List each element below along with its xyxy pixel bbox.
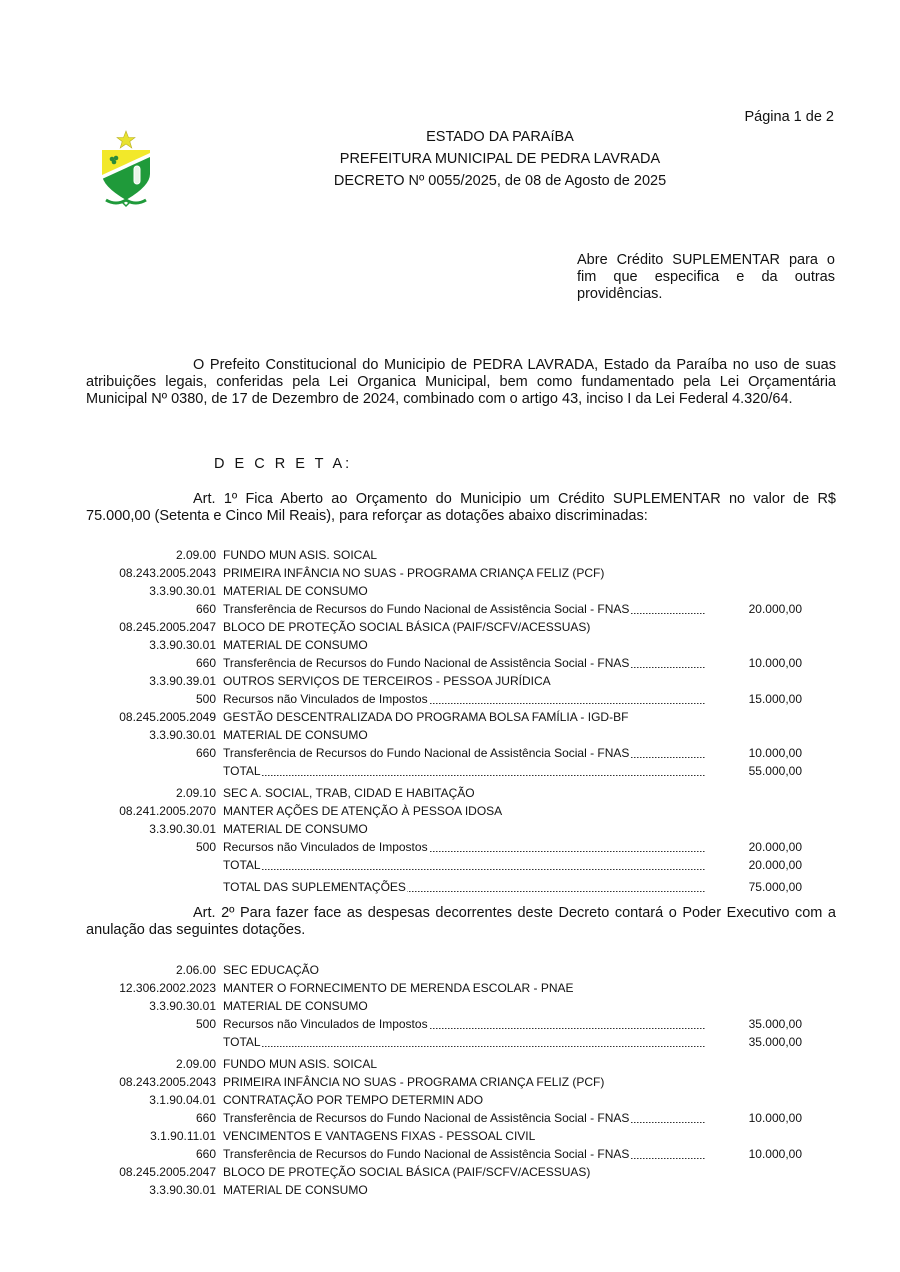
table-row: 3.3.90.30.01MATERIAL DE CONSUMO [0,997,900,1015]
municipal-crest-icon [98,130,154,208]
table-row: 2.09.10SEC A. SOCIAL, TRAB, CIDAD E HABI… [0,784,900,802]
allocation-description: VENCIMENTOS E VANTAGENS FIXAS - PESSOAL … [223,1127,535,1145]
allocation-description: TOTAL DAS SUPLEMENTAÇÕES [223,878,706,896]
allocation-code: 500 [196,1015,216,1033]
allocation-code: 08.243.2005.2043 [119,564,216,582]
allocation-code: 3.3.90.30.01 [149,582,216,600]
table-row: 660Transferência de Recursos do Fundo Na… [0,1109,900,1127]
allocation-code: 3.3.90.30.01 [149,1181,216,1199]
allocation-code: 660 [196,654,216,672]
allocation-code: 08.241.2005.2070 [119,802,216,820]
article-2: Art. 2º Para fazer face as despesas deco… [86,905,836,939]
decree-summary: Abre Crédito SUPLEMENTAR para o fim que … [577,252,835,303]
allocation-amount: 35.000,00 [749,1033,802,1051]
allocation-description: Transferência de Recursos do Fundo Nacio… [223,744,706,762]
table-row: 660Transferência de Recursos do Fundo Na… [0,744,900,762]
allocation-amount: 10.000,00 [749,654,802,672]
table-row: 08.241.2005.2070MANTER AÇÕES DE ATENÇÃO … [0,802,900,820]
allocation-description: TOTAL [223,762,706,780]
table-row: 12.306.2002.2023MANTER O FORNECIMENTO DE… [0,979,900,997]
allocation-description: Transferência de Recursos do Fundo Nacio… [223,654,706,672]
allocation-code: 500 [196,690,216,708]
allocation-description: Transferência de Recursos do Fundo Nacio… [223,600,706,618]
allocation-label: Transferência de Recursos do Fundo Nacio… [223,1147,630,1161]
allocation-code: 660 [196,744,216,762]
allocation-description: SEC EDUCAÇÃO [223,961,319,979]
allocation-code: 3.1.90.11.01 [150,1127,216,1145]
table-row: 3.1.90.04.01CONTRATAÇÃO POR TEMPO DETERM… [0,1091,900,1109]
allocation-description: Recursos não Vinculados de Impostos [223,690,706,708]
allocation-description: MATERIAL DE CONSUMO [223,820,368,838]
allocation-description: Recursos não Vinculados de Impostos [223,838,706,856]
table-row: 2.09.00FUNDO MUN ASIS. SOICAL [0,546,900,564]
allocation-code: 660 [196,600,216,618]
allocation-description: MATERIAL DE CONSUMO [223,1181,368,1199]
article-1-text: Art. 1º Fica Aberto ao Orçamento do Muni… [86,491,836,524]
allocation-amount: 35.000,00 [749,1015,802,1033]
allocation-code: 500 [196,838,216,856]
allocation-description: TOTAL [223,856,706,874]
allocation-code: 2.09.00 [176,1055,216,1073]
allocation-code: 08.243.2005.2043 [119,1073,216,1091]
allocation-description: MATERIAL DE CONSUMO [223,997,368,1015]
dotted-leader [223,1046,706,1047]
allocation-amount: 20.000,00 [749,856,802,874]
allocation-description: MANTER AÇÕES DE ATENÇÃO À PESSOA IDOSA [223,802,502,820]
allocation-amount: 10.000,00 [749,744,802,762]
allocation-description: MATERIAL DE CONSUMO [223,636,368,654]
allocation-description: CONTRATAÇÃO POR TEMPO DETERMIN ADO [223,1091,483,1109]
allocation-label: TOTAL [223,858,262,872]
allocation-amount: 20.000,00 [749,600,802,618]
allocation-code: 08.245.2005.2047 [119,1163,216,1181]
allocation-description: MANTER O FORNECIMENTO DE MERENDA ESCOLAR… [223,979,574,997]
allocation-label: Transferência de Recursos do Fundo Nacio… [223,1111,630,1125]
allocation-code: 08.245.2005.2047 [119,618,216,636]
table-row: 08.245.2005.2049GESTÃO DESCENTRALIZADA D… [0,708,900,726]
table-row: TOTAL 20.000,00 [0,856,900,874]
table-row: 08.243.2005.2043PRIMEIRA INFÂNCIA NO SUA… [0,564,900,582]
table-row: TOTAL DAS SUPLEMENTAÇÕES 75.000,00 [0,878,900,896]
allocation-code: 2.09.10 [176,784,216,802]
municipality-name: PREFEITURA MUNICIPAL DE PEDRA LAVRADA [280,148,720,170]
table-row: 660Transferência de Recursos do Fundo Na… [0,654,900,672]
table-row: 3.1.90.11.01VENCIMENTOS E VANTAGENS FIXA… [0,1127,900,1145]
allocation-description: TOTAL [223,1033,706,1051]
allocation-description: PRIMEIRA INFÂNCIA NO SUAS - PROGRAMA CRI… [223,564,604,582]
allocation-label: Transferência de Recursos do Fundo Nacio… [223,602,630,616]
allocation-label: Recursos não Vinculados de Impostos [223,840,429,854]
article-2-text: Art. 2º Para fazer face as despesas deco… [86,905,836,938]
allocation-amount: 55.000,00 [749,762,802,780]
decreta-heading: D E C R E T A: [214,456,352,472]
allocation-description: FUNDO MUN ASIS. SOICAL [223,546,377,564]
table-row: 660Transferência de Recursos do Fundo Na… [0,1145,900,1163]
dotted-leader [223,775,706,776]
allocation-description: OUTROS SERVIÇOS DE TERCEIROS - PESSOA JU… [223,672,551,690]
allocation-code: 660 [196,1109,216,1127]
preamble-paragraph: O Prefeito Constitucional do Municipio d… [86,357,836,408]
allocation-label: Transferência de Recursos do Fundo Nacio… [223,746,630,760]
allocation-label: TOTAL [223,764,262,778]
decree-title: DECRETO Nº 0055/2025, de 08 de Agosto de… [280,170,720,192]
allocation-amount: 75.000,00 [749,878,802,896]
table-row: 3.3.90.30.01MATERIAL DE CONSUMO [0,582,900,600]
allocation-code: 08.245.2005.2049 [119,708,216,726]
allocation-amount: 10.000,00 [749,1109,802,1127]
allocation-description: FUNDO MUN ASIS. SOICAL [223,1055,377,1073]
table-row: TOTAL 35.000,00 [0,1033,900,1051]
allocation-description: BLOCO DE PROTEÇÃO SOCIAL BÁSICA (PAIF/SC… [223,1163,590,1181]
allocation-amount: 10.000,00 [749,1145,802,1163]
dotted-leader [223,869,706,870]
allocation-code: 3.3.90.30.01 [149,820,216,838]
page-indicator: Página 1 de 2 [745,109,835,125]
state-name: ESTADO DA PARAíBA [280,126,720,148]
allocation-label: Recursos não Vinculados de Impostos [223,692,429,706]
table-row: 660Transferência de Recursos do Fundo Na… [0,600,900,618]
table-row: 3.3.90.30.01MATERIAL DE CONSUMO [0,726,900,744]
allocation-description: PRIMEIRA INFÂNCIA NO SUAS - PROGRAMA CRI… [223,1073,604,1091]
allocation-label: Transferência de Recursos do Fundo Nacio… [223,656,630,670]
allocation-label: Recursos não Vinculados de Impostos [223,1017,429,1031]
document-header: ESTADO DA PARAíBA PREFEITURA MUNICIPAL D… [280,126,720,192]
allocation-label: TOTAL DAS SUPLEMENTAÇÕES [223,880,407,894]
table-row: 3.3.90.30.01MATERIAL DE CONSUMO [0,636,900,654]
table-row: 500Recursos não Vinculados de Impostos15… [0,690,900,708]
allocation-description: GESTÃO DESCENTRALIZADA DO PROGRAMA BOLSA… [223,708,628,726]
allocation-code: 3.3.90.30.01 [149,726,216,744]
allocation-code: 2.06.00 [176,961,216,979]
allocation-label: TOTAL [223,1035,262,1049]
allocation-description: MATERIAL DE CONSUMO [223,726,368,744]
allocation-amount: 15.000,00 [749,690,802,708]
allocation-description: Recursos não Vinculados de Impostos [223,1015,706,1033]
preamble-text: O Prefeito Constitucional do Municipio d… [86,357,836,407]
allocation-description: BLOCO DE PROTEÇÃO SOCIAL BÁSICA (PAIF/SC… [223,618,590,636]
allocation-amount: 20.000,00 [749,838,802,856]
article-1: Art. 1º Fica Aberto ao Orçamento do Muni… [86,491,836,525]
table-row: 3.3.90.30.01MATERIAL DE CONSUMO [0,1181,900,1199]
table-row: TOTAL 55.000,00 [0,762,900,780]
allocation-description: Transferência de Recursos do Fundo Nacio… [223,1109,706,1127]
table-row: 08.243.2005.2043PRIMEIRA INFÂNCIA NO SUA… [0,1073,900,1091]
table-row: 3.3.90.39.01OUTROS SERVIÇOS DE TERCEIROS… [0,672,900,690]
table-row: 2.06.00SEC EDUCAÇÃO [0,961,900,979]
allocation-code: 3.3.90.30.01 [149,997,216,1015]
table-row: 2.09.00FUNDO MUN ASIS. SOICAL [0,1055,900,1073]
allocation-description: SEC A. SOCIAL, TRAB, CIDAD E HABITAÇÃO [223,784,475,802]
allocation-code: 3.3.90.39.01 [149,672,216,690]
allocation-code: 2.09.00 [176,546,216,564]
table-row: 500Recursos não Vinculados de Impostos20… [0,838,900,856]
allocation-code: 660 [196,1145,216,1163]
allocation-description: Transferência de Recursos do Fundo Nacio… [223,1145,706,1163]
allocation-code: 12.306.2002.2023 [119,979,216,997]
table-row: 08.245.2005.2047BLOCO DE PROTEÇÃO SOCIAL… [0,618,900,636]
table-row: 3.3.90.30.01MATERIAL DE CONSUMO [0,820,900,838]
allocation-description: MATERIAL DE CONSUMO [223,582,368,600]
table-row: 08.245.2005.2047BLOCO DE PROTEÇÃO SOCIAL… [0,1163,900,1181]
allocation-code: 3.1.90.04.01 [149,1091,216,1109]
allocation-code: 3.3.90.30.01 [149,636,216,654]
table-row: 500Recursos não Vinculados de Impostos35… [0,1015,900,1033]
